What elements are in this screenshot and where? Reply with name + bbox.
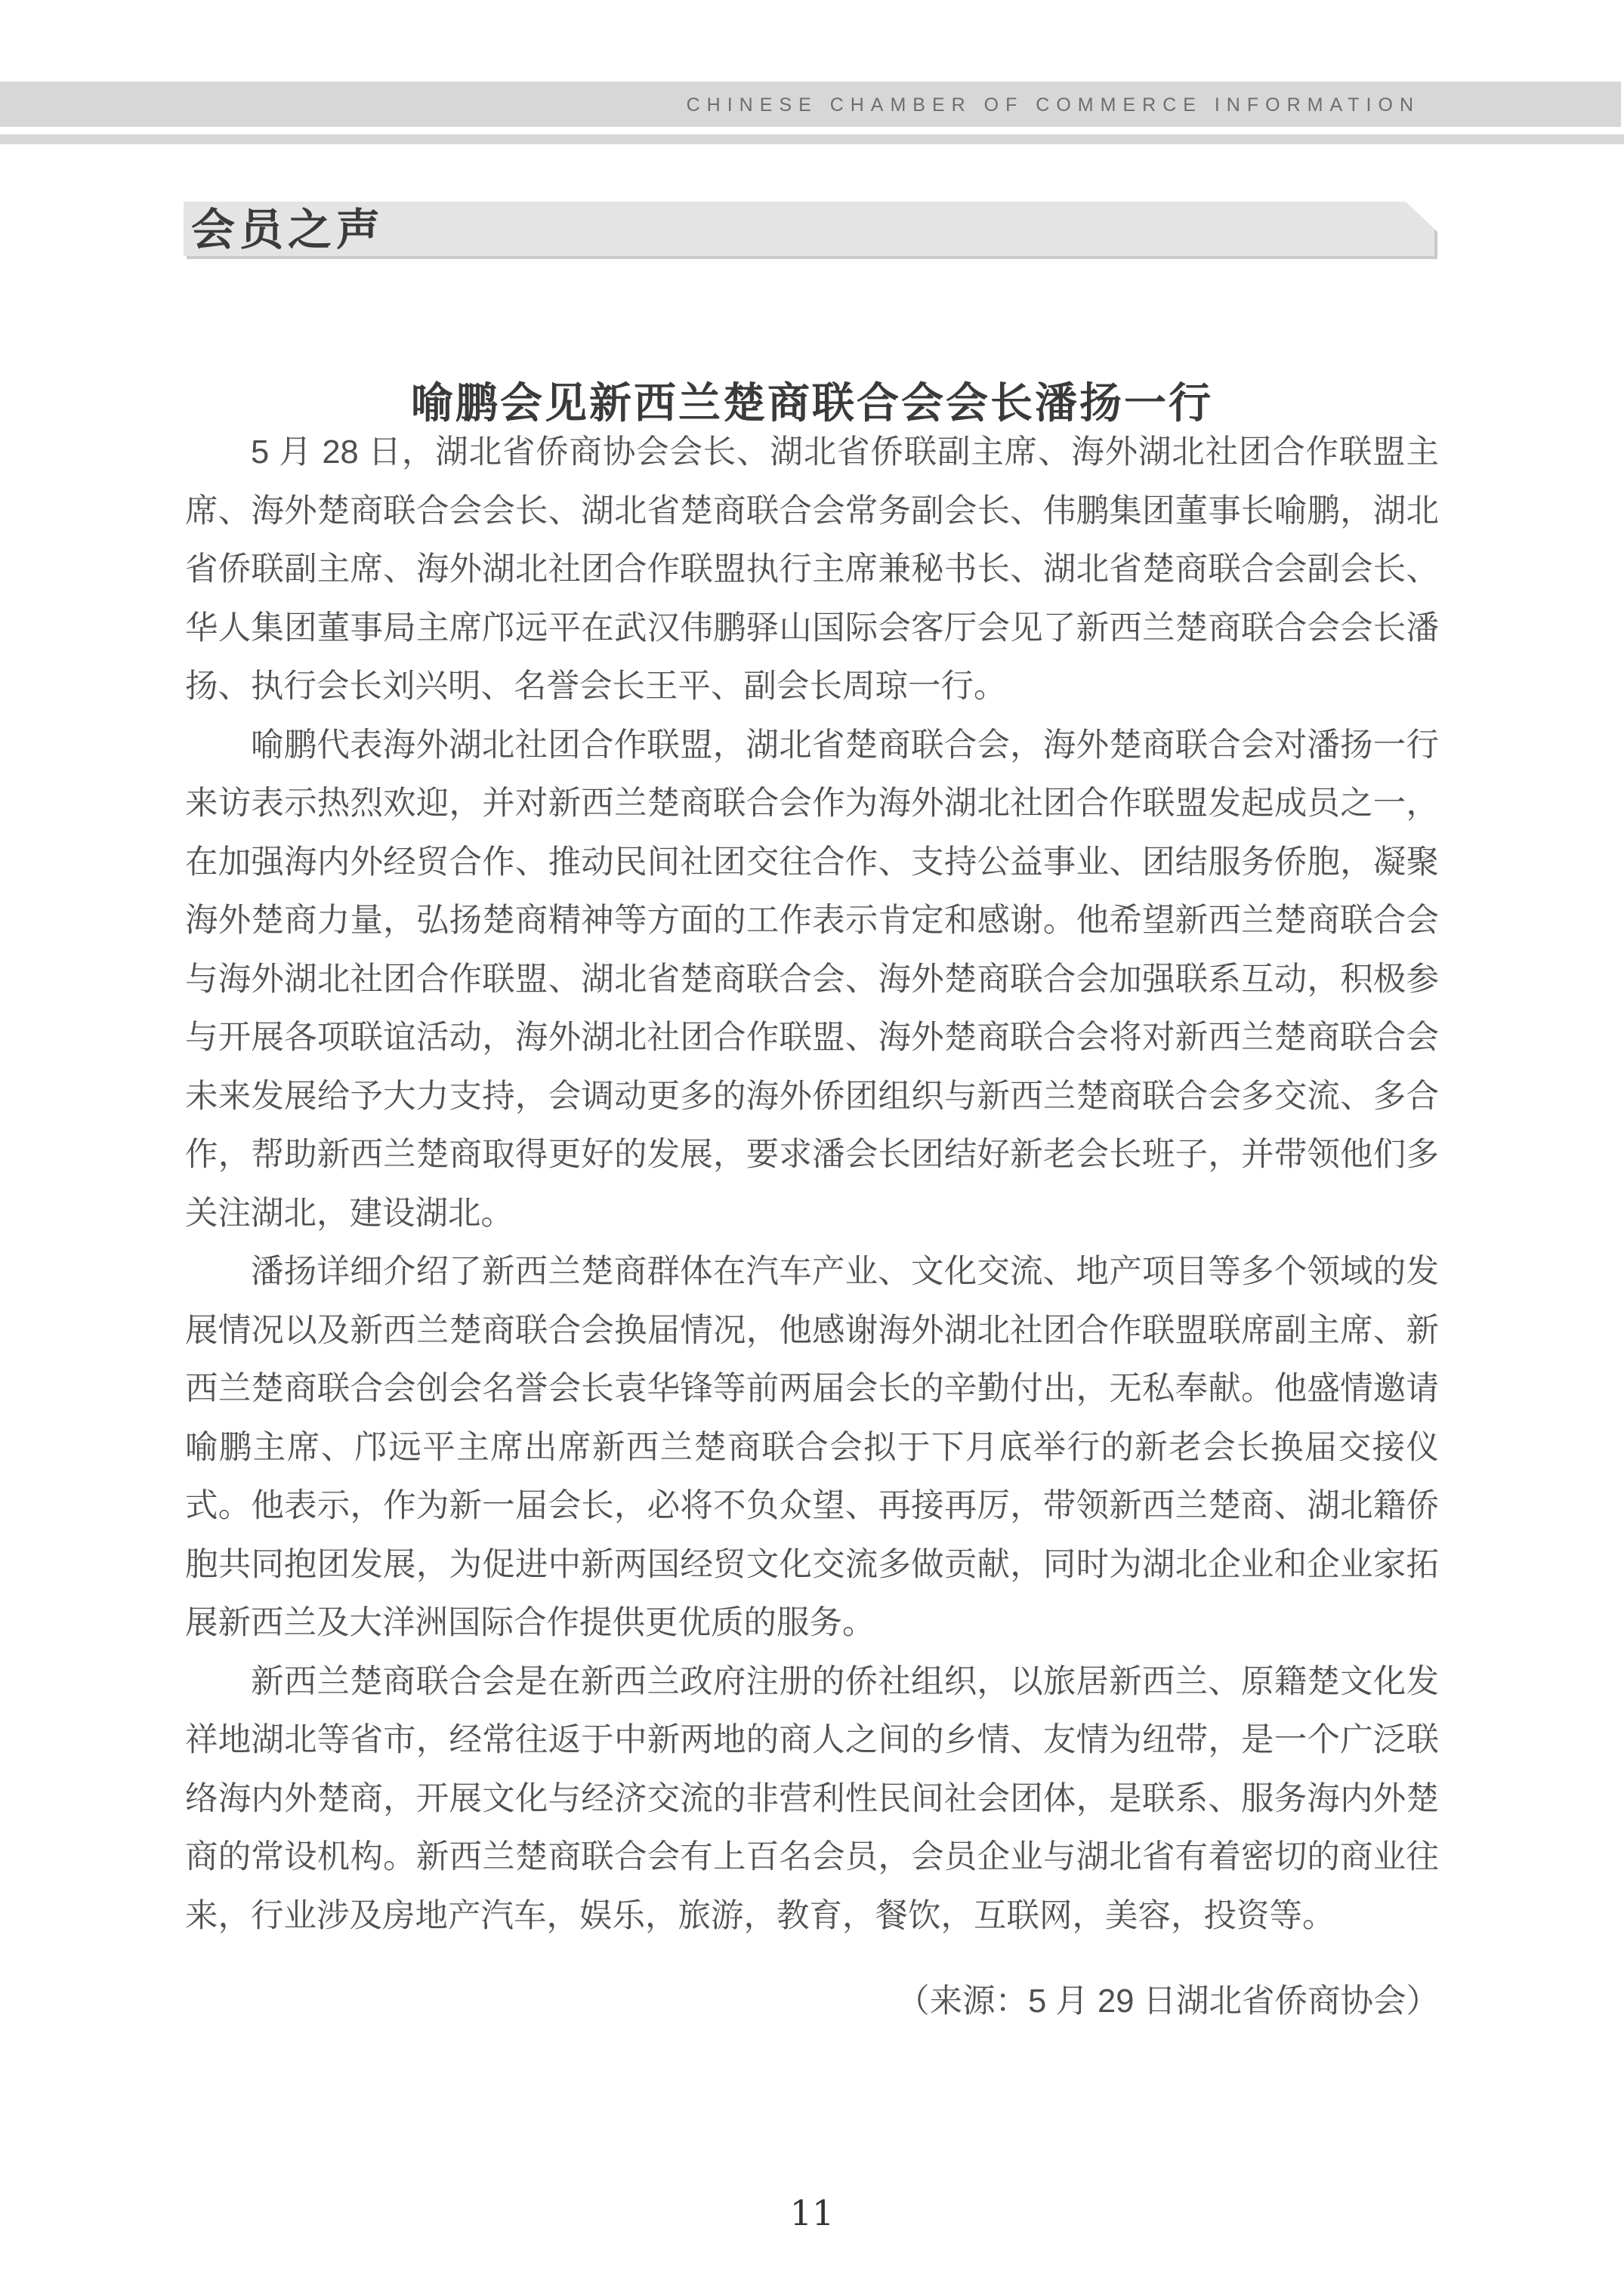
header-thin-bar <box>0 134 1624 144</box>
article-paragraph: 新西兰楚商联合会是在新西兰政府注册的侨社组织，以旅居新西兰、原籍楚文化发祥地湖北… <box>185 1653 1439 1946</box>
section-banner: 会员之声 <box>184 202 1434 256</box>
section-title: 会员之声 <box>184 202 1434 258</box>
header-bar: CHINESE CHAMBER OF COMMERCE INFORMATION <box>0 82 1621 127</box>
article-paragraph: 潘扬详细介绍了新西兰楚商群体在汽车产业、文化交流、地产项目等多个领域的发展情况以… <box>185 1243 1439 1653</box>
article-title: 喻鹏会见新西兰楚商联合会会长潘扬一行 <box>185 370 1439 431</box>
article-body: 5 月 28 日，湖北省侨商协会会长、湖北省侨联副主席、海外湖北社团合作联盟主席… <box>185 424 1439 2032</box>
document-page: CHINESE CHAMBER OF COMMERCE INFORMATION … <box>0 0 1624 2293</box>
article-paragraph: 5 月 28 日，湖北省侨商协会会长、湖北省侨联副主席、海外湖北社团合作联盟主席… <box>185 424 1439 717</box>
article-source: （来源：5 月 29 日湖北省侨商协会） <box>185 1973 1439 2032</box>
page-number: 11 <box>0 2193 1624 2233</box>
header-bar-text: CHINESE CHAMBER OF COMMERCE INFORMATION <box>687 82 1420 127</box>
article-paragraph: 喻鹏代表海外湖北社团合作联盟，湖北省楚商联合会，海外楚商联合会对潘扬一行来访表示… <box>185 717 1439 1244</box>
